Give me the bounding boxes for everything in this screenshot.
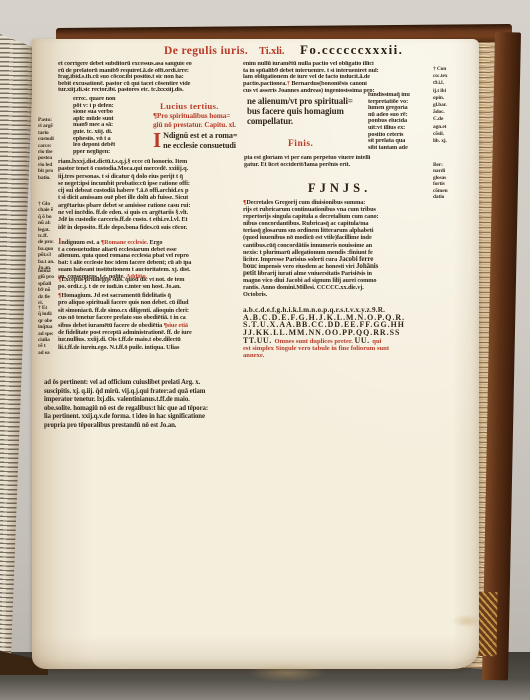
- text-line: nexis: t plurimarū allegationum mendis :…: [243, 249, 433, 256]
- colophon-line: liciter. Impresse Parisius solerti cura …: [243, 256, 433, 263]
- text-line: pper negligen:: [73, 149, 151, 156]
- right-column-intro: enim nullū iuramētū nulla pactio vel obl…: [243, 61, 431, 81]
- text-line: sit simoniacū. ff.de simo.cx diligenti. …: [58, 307, 240, 314]
- text-line: ij.t ibi: [433, 88, 469, 95]
- text-line: po. ordi.c.j. t de re iudi.in c.inter sm…: [58, 284, 240, 291]
- photo-of-incunable-page: De regulis iuris. Ti.xli. Fo.ccccccxxxii…: [0, 0, 530, 700]
- publisher-name: petit: [243, 270, 256, 277]
- homage-statement: ne alienum/vt pro spirituali=bus facere …: [247, 97, 367, 127]
- text-line: (quod iuuenibus nō modicū est vtile)faci…: [243, 234, 433, 241]
- text-line: suscipitis. xj. q.iij. q̄d mirū. vij.q.j…: [44, 388, 280, 397]
- text-line: bus facere quis homagium: [247, 107, 367, 117]
- chapter-incipit: I Ndignū est et a roma=ne ecclesie consu…: [153, 131, 241, 151]
- gloss-body: de fidelitate post receptā administratio…: [58, 329, 240, 351]
- text-line: pactio.pactionea.† Bernardus(bononiēsis …: [243, 81, 431, 88]
- left-marginal-gloss: † Glochaie ēq̄ ō bonū al:legat.tc.ff.de …: [38, 201, 72, 271]
- text-line: ādoc.: [433, 109, 469, 116]
- text-line: lib. xj.: [433, 138, 469, 145]
- publisher-name: Johānis: [356, 263, 378, 270]
- text-line: giū nō prestatur. Capitu. xl.: [153, 121, 241, 130]
- foxing-stain: [452, 614, 482, 628]
- left-marginal-gloss: Pasto:ri argētariocustodicarce:rio tbepo…: [38, 117, 72, 181]
- gloss-mid-line: sibus debet iuramētū facere de obediētia…: [58, 322, 240, 329]
- text-line: bebit excusationē. pastor cū qui tacet c…: [58, 81, 240, 88]
- gloss-body: t a consuetudine aliarū ecclesiarum debe…: [58, 247, 240, 274]
- colophon-body: magno vico diui Jacobi ad signum lilij a…: [243, 277, 433, 291]
- right-wide-lines: pta est gloriam vt per eam perpetuo viue…: [244, 155, 430, 168]
- text-line: argētarius pbare debet se amisisse ratio…: [58, 202, 240, 209]
- left-marginal-gloss: † Etq̄ iudi:qr obeinq̄tuaad spe:cialiarē…: [38, 305, 72, 356]
- bottom-commentary: ad ōs pertinent: vel ad officium cuiusli…: [44, 379, 280, 431]
- text-line: propria pro tēporalibus prestandū nō est…: [44, 422, 280, 431]
- text-line: nū adeo suo rē:: [368, 112, 430, 119]
- gloss-homagium: ¶Homagium. Jd est sacramentū fidelitatis…: [58, 292, 240, 351]
- register-note: TT.UU. Omnes sunt duplices preter. UU. q…: [243, 337, 431, 359]
- text-line: se neget:ipsi incumbit probatio:cū ipse …: [58, 180, 240, 187]
- text-line: ne vel incēdio. ff.de eden. si quis ex a…: [58, 209, 240, 216]
- register-rows-caps: A.B.C.D.E.F.G.H.J.K.L.M.N.O.P.Q.R.S.T.U.…: [243, 314, 431, 336]
- text-line: ne ecclesie consuetudi: [163, 141, 241, 151]
- gloss-lemma-line: Indignum est. a ¶Romane ecclesie. Ergo: [58, 238, 240, 247]
- text-line: pastor tenet ō custodia.Moca.qui mercedē…: [58, 165, 240, 172]
- text-line: lumen gregoria: [368, 105, 430, 112]
- text-line: repertorijs singula capitula a decretali…: [243, 213, 433, 220]
- colophon-line: ¶Decretales Gregorij cum diuisionibus su…: [243, 199, 433, 206]
- text-line: man9 mee a sā:: [73, 122, 151, 129]
- text-line: est simplex Singule vero tabule in fine …: [243, 345, 431, 352]
- text-line: gl.bar.: [433, 102, 469, 109]
- running-title: De regulis iuris.: [164, 45, 248, 57]
- gloss-text: sibus debet iuramētū facere de obediētia: [58, 322, 164, 329]
- text-line: terpretatiōe vo:: [368, 99, 430, 106]
- text-line: imperator tenetur. lxj.dis. valentinianu…: [44, 396, 280, 405]
- register-note-red: qui: [372, 338, 381, 345]
- text-line: ad ea: [38, 350, 72, 356]
- titulus-number: Ti.xli.: [259, 46, 284, 57]
- siue-rubric: ¶siue etiā: [164, 322, 188, 329]
- left-marginal-gloss: homagiū prospūalib9 nōdz fieri.: [38, 268, 72, 306]
- text-line: t si dicit amissam ouē pbet ille dolū ab…: [58, 194, 240, 201]
- text-line: erro:. quare non: [73, 96, 151, 103]
- text-line: sione sua verbo: [73, 109, 151, 116]
- text-line: lii.t.ff.de iureiu.ego. N.t.ff.ō puile. …: [58, 344, 240, 351]
- text-line: ephesiis. vñ t a: [73, 136, 151, 143]
- text-line: ne alienum/vt pro spirituali=: [247, 97, 367, 107]
- text-line: co:.tex: [433, 73, 469, 80]
- register-sig: TT.UU.: [243, 337, 274, 345]
- gloss-text: Exceptis priuilegijs suis. quod dic vt n…: [61, 277, 184, 283]
- text-line: teriasq̄ glosarum sm ordinem litterarum …: [243, 227, 433, 234]
- text: librarij iurati alme vniuersitatis Paris…: [256, 270, 372, 277]
- text-line: positio ceteris: [368, 132, 430, 139]
- colophon-body: rijs et rubricarum continuationibus vna …: [243, 206, 433, 256]
- finis-rubric: Finis.: [288, 139, 313, 149]
- text-line: riam.lxxxj.dist.dictū.t.s.q.j.§ ecce cū …: [58, 158, 240, 165]
- text-line: C.de: [433, 116, 469, 123]
- text-line: obe.solite. homagiū nō est de regalibus:…: [44, 405, 280, 414]
- left-column-intro: et corrigere debet subditorū excessus.as…: [58, 61, 240, 94]
- register-sig: UU.: [355, 337, 373, 345]
- gloss-first-line: ¶Exceptis priuilegijs suis. quod dic vt …: [58, 277, 240, 284]
- gloss-exceptis: ¶Exceptis priuilegijs suis. quod dic vt …: [58, 277, 240, 290]
- text-line: nibus concordantibus. Rubricasq̄ ac capi…: [243, 220, 433, 227]
- text-line: iij.tres personas. t si dicatur q̄ dolo …: [58, 173, 240, 180]
- text-line: apli: mūde sunt: [73, 116, 151, 123]
- text-line: rantis. Anno domini.Millesi. CCCCC.xx.di…: [243, 284, 433, 291]
- colophon-line: petit librarij iurati alme vniuersitatis…: [243, 270, 433, 277]
- printer-name: Jacobi ferre: [339, 256, 374, 263]
- text-line: magno vico diui Jacobi ad signum lilij a…: [243, 277, 433, 284]
- text-line: tur.xiij.di.sic rector.ibi. pastores etc…: [58, 87, 240, 94]
- text-line: gatur. Et licet occiderit/fama perēnis e…: [244, 162, 430, 169]
- text-line: t9.i.l.: [433, 80, 469, 87]
- text-line: batio.: [38, 175, 72, 181]
- text-line: JJ.KK.LL.MM.NN.OO.PP.QQ.RR.SS: [243, 329, 431, 336]
- right-side-subcolumn: fundissimaq̄ inuterpretatiōe vo:lumen gr…: [368, 92, 430, 151]
- foxing-stain: [247, 664, 327, 682]
- text-line: S.T.U.X.AA.BB.CC.DD.EE.FF.GG.HH: [243, 321, 431, 328]
- text-line: sit prelata qua: [368, 138, 430, 145]
- lombard-initial: I: [153, 131, 161, 150]
- text-line: opin.: [433, 95, 469, 102]
- text-line: de fidelitate post receptā administratio…: [58, 329, 240, 336]
- text-line: rijs et rubricarum continuationibus vna …: [243, 206, 433, 213]
- gloss-body: pro aliquo spirituali facere quis non de…: [58, 299, 240, 321]
- text-line: t a consuetudine aliarū ecclesiarum debe…: [58, 247, 240, 254]
- left-column-body: riam.lxxxj.dist.dictū.t.s.q.j.§ ecce cū …: [58, 158, 240, 231]
- text-line: et corrigere debet subditorū excessus.as…: [58, 61, 240, 68]
- incipit-lines: Ndignū est et a roma=ne ecclesie consuet…: [153, 131, 241, 151]
- text-line: bat: t alie ecclesie hoc idem facere deb…: [58, 260, 240, 267]
- left-column-wrap-text: erro:. quare nonpōt v: i p defen:sione s…: [73, 96, 151, 155]
- text-line: pōt v: i p defen:: [73, 103, 151, 110]
- text-line: iur.nullius. xxiij.di. Ois t.ff.de maio.…: [58, 336, 240, 343]
- chapter-author-rubric: Lucius tertius.: [160, 101, 219, 111]
- text-line: cantibus.cūq̄ concordātiis innumeris nou…: [243, 242, 433, 249]
- text-line: ta in spūalib9 debet interuenire. t si i…: [243, 68, 431, 75]
- text-line: cij sui debeat custodiā habere †.ā.ō off…: [58, 187, 240, 194]
- text: liciter. Impresse Parisius solerti cura: [243, 256, 339, 263]
- text-line: agn.et: [433, 124, 469, 131]
- chapter-title-rubric: ¶Pro spiritualibus homa=giū nō prestatur…: [153, 112, 241, 130]
- printer-name: bouc: [243, 263, 257, 270]
- text-line: A.B.C.D.E.F.G.H.J.K.L.M.N.O.P.Q.R.: [243, 314, 431, 321]
- text-line: ad ōs pertinent: vel ad officium cuiusli…: [44, 379, 280, 388]
- text-line: cus nō tenetur facere prelato suo obediē…: [58, 314, 240, 321]
- text-line: sibi tantam ade: [368, 145, 430, 152]
- text-line: lia pertinent. xxij.q.v.de forma. t ideo…: [44, 413, 280, 422]
- text-line: pro aliquo spirituali facere quis non de…: [58, 299, 240, 306]
- text: pactio.pactionea.: [243, 81, 287, 87]
- text-line: frag.ibid.s.th.cū suo cōcor.ibi positio.…: [58, 74, 240, 81]
- colophon-line: Octobris.: [243, 291, 433, 298]
- text-line: guie. tc. xiij. di.: [73, 129, 151, 136]
- text-line: Jdē in custodie carceris.ff.de custo. t …: [58, 216, 240, 223]
- gloss-indignum: Indignum est. a ¶Romane ecclesie. Ergo t…: [58, 238, 240, 280]
- colophon-line: bouc impensis vero eiusdem ac honesti vi…: [243, 263, 433, 270]
- right-marginal-gloss: Ber:nardiglosasfortiscōmendatio: [433, 162, 469, 200]
- folio-number: Fo.ccccccxxxii.: [300, 42, 403, 58]
- finis-display: FJNJS.: [308, 181, 371, 196]
- text: Bernardus(bononiēsis canoni: [290, 81, 367, 87]
- text-line: enim nullū iuramētū nulla pactio vel obl…: [243, 61, 431, 68]
- gloss-text: Homagium. Jd est sacramentū fidelitatis …: [61, 292, 171, 299]
- gloss-first-line: ¶Homagium. Jd est sacramentū fidelitatis…: [58, 292, 240, 299]
- text: Decretales Gregorij cum diuisionibus sum…: [246, 199, 365, 206]
- text-line: pta est gloriam vt per eam perpetuo viue…: [244, 155, 430, 162]
- text-line: ¶Pro spiritualibus homa=: [153, 112, 241, 121]
- text-line: Ndignū est et a roma=: [163, 131, 241, 141]
- text-line: ponbus elucida: [368, 118, 430, 125]
- text-line: alienum. quia quod romana ecclesia pbat …: [58, 253, 240, 260]
- text-line: suam habeant institutionem t auctoritate…: [58, 267, 240, 274]
- colophon: ¶Decretales Gregorij cum diuisionibus su…: [243, 199, 433, 298]
- register-note-red: Omnes sunt duplices preter.: [274, 338, 354, 345]
- text-line: compellatur.: [247, 117, 367, 127]
- text-line: annexe.: [243, 352, 431, 359]
- text-line: uit:vt illius ex:: [368, 125, 430, 132]
- gloss-body: po. ordi.c.j. t de re iudi.in c.inter sm…: [58, 284, 240, 291]
- gloss-tail: Ergo: [148, 239, 162, 246]
- register-note-red-lines: est simplex Singule vero tabule in fine …: [243, 345, 431, 359]
- right-marginal-gloss: † Conco:.text9.i.l.ij.t ibiopin.gl.bar.ā…: [433, 66, 469, 145]
- text-line: fundissimaq̄ inu: [368, 92, 430, 99]
- register-mixed-line: TT.UU. Omnes sunt duplices preter. UU. q…: [243, 337, 431, 345]
- text-line: leo deponi debēt: [73, 142, 151, 149]
- gloss-lemma: ¶Romane ecclesie.: [101, 239, 148, 246]
- text-line: lam obligationem de iure vel de facto in…: [243, 74, 431, 81]
- text-line: cōsil.: [433, 131, 469, 138]
- text-line: rū de prelatorū manib9 requiret.ā.de off…: [58, 68, 240, 75]
- text: impensis vero eiusdem ac honesti viri: [257, 263, 356, 270]
- text-line: † Con: [433, 66, 469, 73]
- text-line: datio: [433, 194, 469, 200]
- text-line: idē in deposito. ff.de depo.bona fides.c…: [58, 224, 240, 231]
